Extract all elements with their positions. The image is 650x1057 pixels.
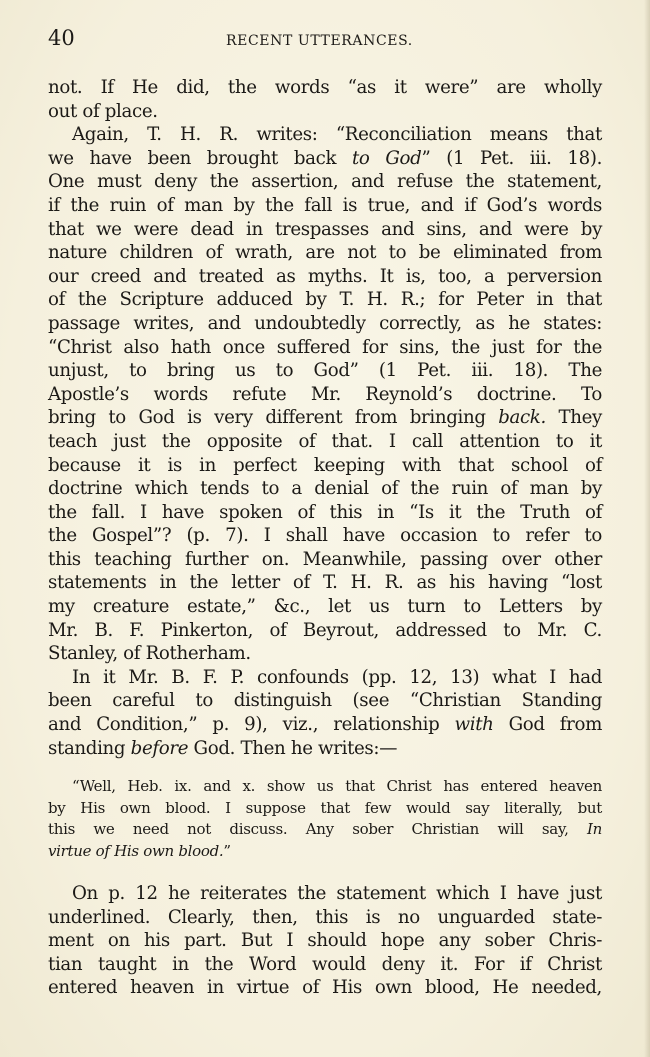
text-line: because it is in perfect keeping with th… [48,454,602,478]
main-text: not. If He did, the words “as it were” a… [48,76,602,760]
text-line: of the Scripture adduced by T. H. R.; fo… [48,288,602,312]
text-line: passage writes, and undoubtedly correctl… [48,312,602,336]
italic-span: back. [498,407,546,428]
text-line: “Christ also hath once suffered for sins… [48,336,602,360]
quote-line: by His own blood. I suppose that few wou… [48,798,602,820]
text-line: Mr. B. F. Pinkerton, of Beyrout, address… [48,619,602,643]
paragraph-start-line: In it Mr. B. F. P. confounds (pp. 12, 13… [48,666,602,690]
text-line: Stanley, of Rotherham. [48,642,602,666]
text-line: that we were dead in trespasses and sins… [48,218,602,242]
italic-span: to God [352,148,421,169]
text-line: tian taught in the Word would deny it. F… [48,953,602,977]
text-span: ” (1 Pet. iii. 18). [421,148,602,169]
quote-line: virtue of His own blood.” [48,841,602,863]
text-line: Apostle’s words refute Mr. Reynold’s doc… [48,383,602,407]
italic-span: In [587,820,602,838]
quote-line: this we need not discuss. Any sober Chri… [48,819,602,841]
running-header: 40 RECENT UTTERANCES. [48,26,602,54]
text-line: doctrine which tends to a denial of the … [48,477,602,501]
text-span: ” [223,842,230,860]
text-span: They [546,407,602,428]
quote-line: “Well, Heb. ix. and x. show us that Chri… [48,776,602,798]
italic-span: before [131,738,188,759]
text-line: we have been brought back to God” (1 Pet… [48,147,602,171]
book-page: 40 RECENT UTTERANCES. not. If He did, th… [0,0,650,1057]
block-quote: “Well, Heb. ix. and x. show us that Chri… [48,776,602,862]
text-line: my creature estate,” &c., let us turn to… [48,595,602,619]
text-line: not. If He did, the words “as it were” a… [48,76,602,100]
italic-span: virtue of His own blood. [48,842,223,860]
closing-paragraph: On p. 12 he reiterates the statement whi… [48,882,602,1000]
text-span: and Condition,” p. 9), viz., relationshi… [48,714,455,735]
paragraph-start-line: On p. 12 he reiterates the statement whi… [48,882,602,906]
text-span: God. Then he writes:— [188,738,397,759]
text-line: One must deny the assertion, and refuse … [48,170,602,194]
text-line: teach just the opposite of that. I call … [48,430,602,454]
text-span: we have been brought back [48,148,352,169]
text-span: this we need not discuss. Any sober Chri… [48,820,587,838]
text-line: this teaching further on. Meanwhile, pas… [48,548,602,572]
text-line: been careful to distinguish (see “Christ… [48,689,602,713]
text-line: out of place. [48,100,602,124]
text-line: underlined. Clearly, then, this is no un… [48,906,602,930]
text-line: statements in the letter of T. H. R. as … [48,571,602,595]
text-line: our creed and treated as myths. It is, t… [48,265,602,289]
text-span: standing [48,738,131,759]
text-span: bring to God is very different from brin… [48,407,498,428]
page-number: 40 [48,26,75,50]
text-line: and Condition,” p. 9), viz., relationshi… [48,713,602,737]
text-line: if the ruin of man by the fall is true, … [48,194,602,218]
text-line: entered heaven in virtue of His own bloo… [48,976,602,1000]
text-line: unjust, to bring us to God” (1 Pet. iii.… [48,359,602,383]
paragraph-start-line: Again, T. H. R. writes: “Reconciliation … [48,123,602,147]
text-span: God from [494,714,602,735]
text-line: bring to God is very different from brin… [48,406,602,430]
running-title: RECENT UTTERANCES. [226,33,413,49]
text-line: standing before God. Then he writes:— [48,737,602,761]
text-line: nature children of wrath, are not to be … [48,241,602,265]
page-edge-shadow [644,0,650,1057]
text-line: the fall. I have spoken of this in “Is i… [48,501,602,525]
text-line: ment on his part. But I should hope any … [48,929,602,953]
italic-span: with [455,714,494,735]
text-line: the Gospel”? (p. 7). I shall have occasi… [48,524,602,548]
